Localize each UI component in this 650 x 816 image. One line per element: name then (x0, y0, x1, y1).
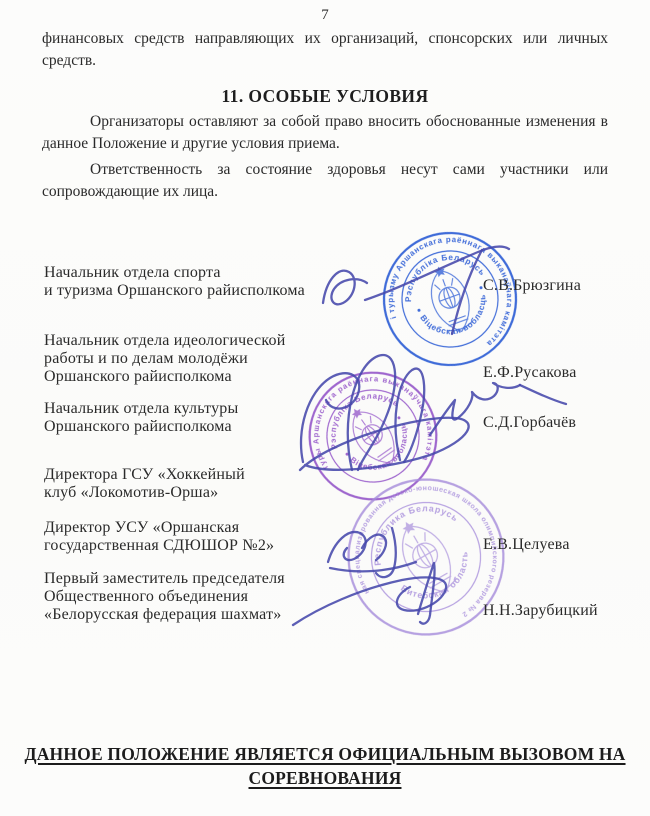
seal-graphic: Оршанская государственная специализирова… (306, 437, 546, 677)
signatory-title-hockey-club: Директора ГСУ «Хоккейный клуб «Локомотив… (44, 466, 245, 502)
handwritten-signature-tselueva (328, 528, 416, 577)
title-line: работы и по делам молодёжи (44, 350, 285, 368)
seal-separator-dot (417, 308, 421, 312)
title-line: клуб «Локомотив-Орша» (44, 484, 245, 502)
seal-inner-top-text: Рэспубліка Беларусь (393, 241, 489, 305)
seal-inner-circle (309, 372, 437, 500)
title-line: Начальник отдела спорта (44, 264, 305, 282)
title-line: Начальник отдела культуры (44, 400, 238, 418)
coat-of-arms-emblem (388, 512, 464, 603)
title-line: Общественного объединения (44, 588, 285, 606)
round-seal-stamp-culture: Аддзел культуры Аршанскага раённага выка… (273, 336, 474, 537)
signatory-title-sport-tourism: Начальник отдела спорта и туризма Оршанс… (44, 264, 305, 300)
seal-inner-circle (388, 237, 511, 360)
signatory-name-tselueva: Е.В.Целуева (483, 536, 570, 554)
seal-separator-dot (397, 416, 401, 420)
title-line: Первый заместитель председателя (44, 570, 285, 588)
seal-inner-top-text: Рэспубліка Беларусь (312, 375, 402, 453)
handwritten-signature-rusakova (301, 355, 395, 470)
signatory-name-rusakova: Е.Ф.Русакова (483, 364, 577, 382)
title-line: и туризма Оршанского райисполкома (44, 282, 305, 300)
signatory-name-bryuzgina: С.В.Брюзгина (483, 277, 581, 295)
seal-outer-circle (320, 451, 532, 663)
seal-inner-bottom-text: Віцебская вобласць (417, 291, 497, 346)
seal-outer-circle (365, 214, 534, 383)
paragraph-organizers-rights: Организаторы оставляют за собой право вн… (42, 111, 608, 155)
seal-inner-bottom-text: Витебская область (397, 547, 483, 615)
seal-inner-top-text: Республика Беларусь (355, 485, 462, 570)
coat-of-arms-emblem (422, 261, 479, 338)
document-page: 7 финансовых средств направляющих их орг… (0, 0, 650, 816)
title-line: Директора ГСУ «Хоккейный (44, 466, 245, 484)
official-invitation-heading: ДАННОЕ ПОЛОЖЕНИЕ ЯВЛЯЕТСЯ ОФИЦИАЛЬНЫМ ВЫ… (0, 742, 650, 790)
seal-ring-text: Аддзел культуры Аршанскага раённага выка… (273, 336, 455, 524)
title-line: Начальник отдела идеологической (44, 332, 285, 350)
signatory-title-culture: Начальник отдела культуры Оршанского рай… (44, 400, 238, 436)
title-line: Оршанского райисполкома (44, 368, 285, 386)
seal-inner-bottom-text: Віцебская вобласць (347, 420, 422, 486)
seal-graphic: Аддзел культуры Аршанскага раённага выка… (273, 336, 474, 537)
heading-line-1: ДАННОЕ ПОЛОЖЕНИЕ ЯВЛЯЕТСЯ ОФИЦИАЛЬНЫМ ВЫ… (0, 742, 650, 766)
section-heading-special-conditions: 11. ОСОБЫЕ УСЛОВИЯ (42, 86, 608, 107)
round-seal-stamp-sports-school: Оршанская государственная специализирова… (306, 437, 546, 677)
seal-inner-circle (351, 482, 500, 631)
signatory-name-gorbachev: С.Д.Горбачёв (483, 414, 576, 432)
signatory-title-chess-federation: Первый заместитель председателя Обществе… (44, 570, 285, 624)
page-number: 7 (0, 0, 650, 24)
paragraph-financial-sources: финансовых средств направляющих их орган… (42, 28, 608, 72)
coat-of-arms-emblem (340, 399, 406, 473)
seal-separator-dot (345, 452, 349, 456)
signatory-title-sports-school: Директор УСУ «Оршанская государственная … (44, 519, 274, 555)
heading-line-2: СОРЕВНОВАНИЯ (0, 766, 650, 790)
title-line: Директор УСУ «Оршанская (44, 519, 274, 537)
seal-outer-circle (285, 348, 461, 524)
title-line: государственная СДЮШОР №2» (44, 537, 274, 555)
signatory-name-zarubitsky: Н.Н.Зарубицкий (483, 602, 598, 620)
handwritten-signature-zarubitsky (293, 563, 446, 625)
title-line: «Белорусская федерация шахмат» (44, 606, 285, 624)
signatory-title-ideology-youth: Начальник отдела идеологической работы и… (44, 332, 285, 386)
title-line: Оршанского райисполкома (44, 418, 238, 436)
handwritten-signature-bryuzgina (323, 247, 509, 334)
paragraph-health-responsibility: Ответственность за состояние здоровья не… (42, 159, 608, 203)
